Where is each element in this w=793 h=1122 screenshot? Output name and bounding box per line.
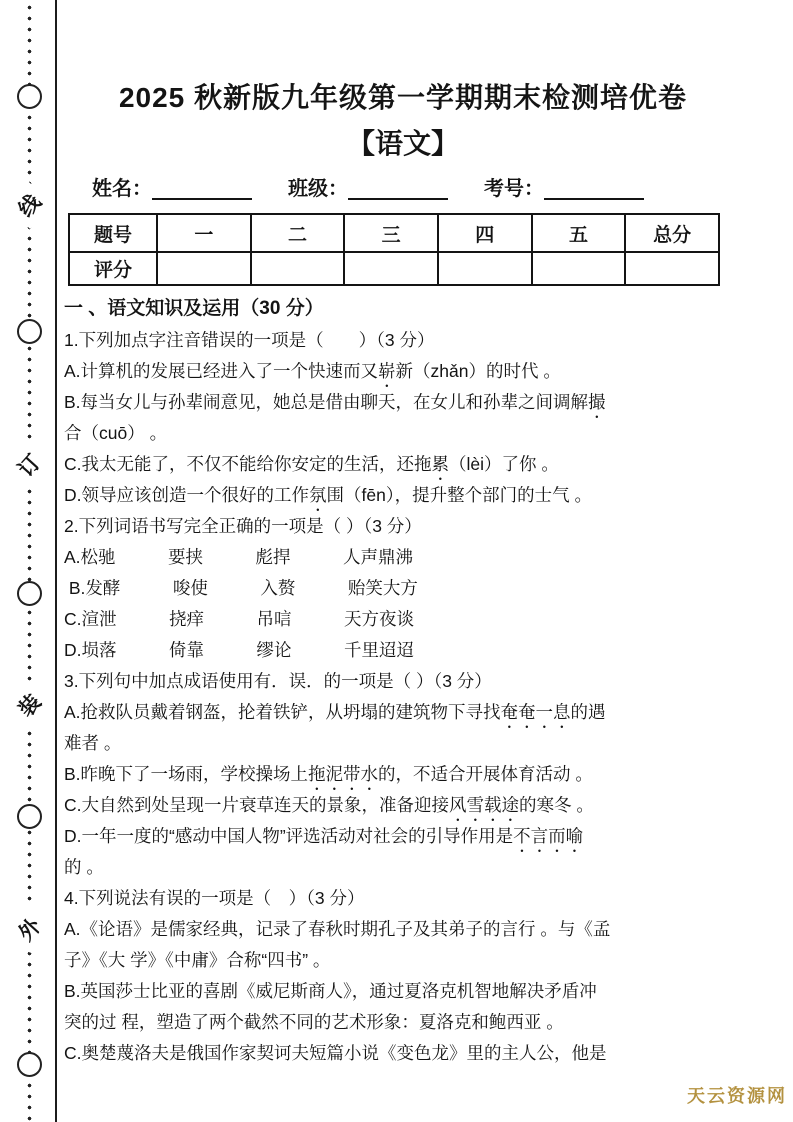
question-line: 合（cuō） 。 [64,418,742,449]
student-field-label: 班级： [288,178,348,200]
question-line: 的 。 [64,852,742,883]
question-line: A.计算机的发展已经进入了一个快速而又崭新（zhǎn）的时代 。 [64,356,742,387]
binding-label-ding: 订 [5,441,53,489]
question-line: A.抢救队员戴着钢盔，抡着铁铲，从坍塌的建筑物下寻找奄奄一息的遇 [64,697,742,728]
emphasized-text: 累 [432,454,450,474]
score-table-column-header: 一 [157,214,251,252]
score-cell [157,252,251,285]
score-table-header-label: 题号 [69,214,157,252]
student-field: 班级： [288,178,448,200]
exam-page: 2025 秋新版九年级第一学期期末检测培优卷 【语文】 姓名：班级：考号： 题号… [64,0,742,1069]
question-line: 3.下列句中加点成语使用有．误．的一项是（ ）（3 分） [64,666,742,697]
question-line: B.发酵 唆使 入赘 贻笑大方 [64,573,742,604]
question-line: B.每当女儿与孙辈闹意见，她总是借由聊天，在女儿和孙辈之间调解撮 [64,387,742,418]
score-cell [438,252,532,285]
student-field: 考号： [484,178,644,200]
student-field-blank [348,178,448,200]
question-body: 1.下列加点字注音错误的一项是（ ）（3 分）A.计算机的发展已经进入了一个快速… [64,325,742,1069]
binding-label-xian: 线 [5,181,53,229]
question-line: B.昨晚下了一场雨，学校操场上拖泥带水的，不适合开展体育活动 。 [64,759,742,790]
question-line: 难者 。 [64,728,742,759]
score-table-column-header: 四 [438,214,532,252]
question-line: D.一年一度的“感动中国人物”评选活动对社会的引导作用是不言而喻 [64,821,742,852]
question-line: A.《论语》是儒家经典，记录了春秋时期孔子及其弟子的言行 。与《孟 [64,914,742,945]
question-line: 4.下列说法有误的一项是（ ）（3 分） [64,883,742,914]
question-line: D.领导应该创造一个很好的工作氛围（fēn），提升整个部门的士气 。 [64,480,742,511]
score-table-column-header: 二 [251,214,345,252]
question-line: 突的过 程，塑造了两个截然不同的艺术形象：夏洛克和鲍西亚 。 [64,1007,742,1038]
question-line: B.英国莎士比亚的喜剧《威尼斯商人》，通过夏洛克机智地解决矛盾冲 [64,976,742,1007]
section-heading: 一 、语文知识及运用（30 分） [64,297,742,321]
question-line: C.我太无能了，不仅不能给你安定的生活，还拖累（lèi）了你 。 [64,449,742,480]
question-line: 2.下列词语书写完全正确的一项是（ ）（3 分） [64,511,742,542]
emphasized-text: 崭 [378,361,396,381]
student-info-row: 姓名：班级：考号： [64,178,742,200]
score-table-column-header: 五 [532,214,626,252]
question-line: D.埙落 倚靠 缪论 千里迢迢 [64,635,742,666]
emphasized-text: 拖泥带水 [308,764,378,784]
score-cell [532,252,626,285]
score-table: 题号一二三四五总分评分 [68,213,720,286]
student-field-blank [152,178,252,200]
question-line: A.松驰 要挟 彪捍 人声鼎沸 [64,542,742,573]
score-cell [344,252,438,285]
binding-margin-separator [55,0,57,1122]
question-line: C.大自然到处呈现一片衰草连天的景象，准备迎接风雪载途的寒冬 。 [64,790,742,821]
binding-hole-icon [17,581,42,606]
score-table-score-label: 评分 [69,252,157,285]
question-line: C.渲泄 挠痒 吊唁 天方夜谈 [64,604,742,635]
student-field-blank [544,178,644,200]
binding-hole-icon [17,319,42,344]
score-cell [625,252,719,285]
score-table-column-header: 总分 [625,214,719,252]
emphasized-text: 撮 [588,392,606,412]
emphasized-text: 奄奄一息 [501,702,571,722]
exam-title: 2025 秋新版九年级第一学期期末检测培优卷 [64,82,742,114]
binding-hole-icon [17,804,42,829]
watermark: 天云资源网 [687,1082,787,1108]
score-table-column-header: 三 [344,214,438,252]
emphasized-text: 不言而喻 [513,826,583,846]
student-field-label: 姓名： [92,178,152,200]
emphasized-text: 风雪载途 [449,795,519,815]
question-line: 子》《大 学》《中庸》合称“四书” 。 [64,945,742,976]
binding-label-zhuang: 装 [5,681,53,729]
question-line: C.奥楚蔑洛夫是俄国作家契诃夫短篇小说《变色龙》里的主人公，他是 [64,1038,742,1069]
binding-hole-icon [17,1052,42,1077]
exam-subject: 【语文】 [64,128,742,160]
student-field: 姓名： [92,178,252,200]
score-cell [251,252,345,285]
binding-dotted-line [26,0,33,1122]
binding-hole-icon [17,84,42,109]
question-line: 1.下列加点字注音错误的一项是（ ）（3 分） [64,325,742,356]
emphasized-text: 氛 [309,485,327,505]
student-field-label: 考号： [484,178,544,200]
binding-label-wai: 外 [5,905,53,953]
